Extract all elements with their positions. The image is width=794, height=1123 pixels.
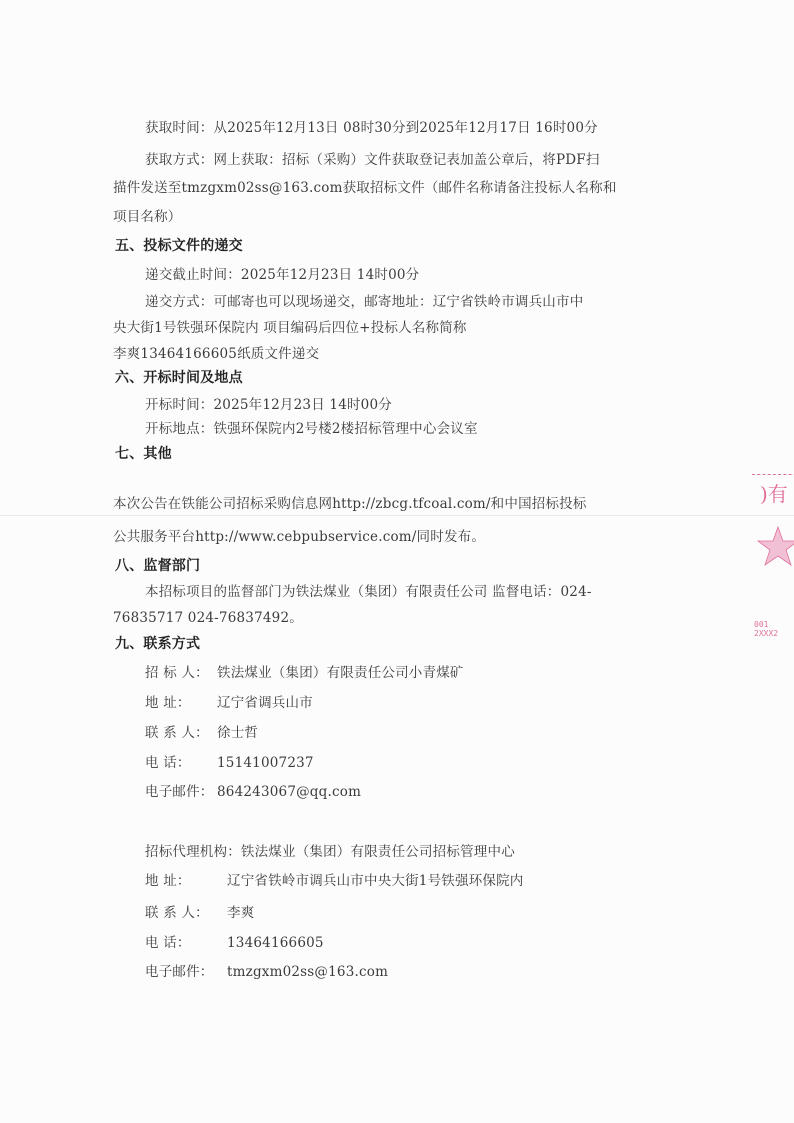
tenderer-address-label: 地 址： (145, 691, 217, 711)
agency-email-row: 电子邮件：tmzgxm02ss@163.com (145, 960, 388, 980)
submission-method-line2: 央大街1号铁强环保院内 项目编码后四位+投标人名称简称 (113, 316, 467, 336)
submission-deadline: 递交截止时间：2025年12月23日 14时00分 (145, 263, 419, 283)
agency-contact: 李爽 (227, 905, 254, 921)
agency-contact-row: 联 系 人：李爽 (145, 901, 254, 921)
agency-address-label: 地 址： (145, 869, 227, 889)
acquisition-time: 获取时间：从2025年12月13日 08时30分到2025年12月17日 16时… (145, 116, 598, 136)
agency-name: 铁法煤业（集团）有限责任公司招标管理中心 (241, 844, 515, 860)
agency-contact-label: 联 系 人： (145, 901, 227, 921)
acquisition-method-line2: 描件发送至tmzgxm02ss@163.com获取招标文件（邮件名称请备注投标人… (113, 176, 617, 196)
tenderer-name-label: 招 标 人： (145, 661, 217, 681)
tenderer-contact-row: 联 系 人：徐士哲 (145, 721, 258, 741)
publication-line1: 本次公告在铁能公司招标采购信息网http://zbcg.tfcoal.com/和… (113, 492, 587, 512)
agency-address-row: 地 址：辽宁省铁岭市调兵山市中央大街1号铁强环保院内 (145, 869, 524, 889)
agency-email-label: 电子邮件： (145, 960, 227, 980)
tenderer-phone: 15141007237 (217, 755, 314, 771)
tenderer-contact-label: 联 系 人： (145, 721, 217, 741)
submission-method-line3: 李爽13464166605纸质文件递交 (113, 342, 319, 362)
agency-name-label: 招标代理机构： (145, 844, 241, 860)
stamp-text: )有 (760, 478, 788, 507)
tenderer-phone-label: 电 话： (145, 751, 217, 771)
company-seal-stamp: )有 001 2XXX2 (752, 470, 794, 640)
stamp-code: 001 2XXX2 (754, 620, 778, 638)
stamp-star-icon (756, 525, 794, 569)
tenderer-name: 铁法煤业（集团）有限责任公司小青煤矿 (217, 665, 464, 681)
agency-phone-label: 电 话： (145, 931, 227, 951)
stamp-border (752, 474, 794, 475)
agency-phone: 13464166605 (227, 935, 324, 951)
supervision-line1: 本招标项目的监督部门为铁法煤业（集团）有限责任公司 监督电话：024- (145, 580, 592, 600)
publication-line2: 公共服务平台http://www.cebpubservice.com/同时发布。 (113, 525, 485, 545)
agency-address: 辽宁省铁岭市调兵山市中央大街1号铁强环保院内 (227, 873, 524, 889)
submission-method-line1: 递交方式：可邮寄也可以现场递交，邮寄地址：辽宁省铁岭市调兵山市中 (145, 290, 583, 310)
tenderer-address: 辽宁省调兵山市 (217, 695, 313, 711)
section-seven-heading: 七、其他 (115, 443, 172, 463)
tenderer-contact: 徐士哲 (217, 725, 258, 741)
tenderer-email-label: 电子邮件： (145, 780, 217, 800)
opening-place: 开标地点：铁强环保院内2号楼2楼招标管理中心会议室 (145, 417, 478, 437)
tenderer-email: 864243067@qq.com (217, 784, 361, 800)
agency-name-row: 招标代理机构：铁法煤业（集团）有限责任公司招标管理中心 (145, 840, 515, 860)
scan-artifact-line (0, 515, 794, 516)
agency-phone-row: 电 话：13464166605 (145, 931, 324, 951)
section-six-heading: 六、开标时间及地点 (115, 367, 243, 387)
tenderer-address-row: 地 址：辽宁省调兵山市 (145, 691, 313, 711)
section-five-heading: 五、投标文件的递交 (115, 235, 243, 255)
opening-time: 开标时间：2025年12月23日 14时00分 (145, 393, 392, 413)
agency-email: tmzgxm02ss@163.com (227, 964, 388, 980)
supervision-line2: 76835717 024-76837492。 (113, 606, 303, 626)
tenderer-phone-row: 电 话：15141007237 (145, 751, 314, 771)
document-page: 获取时间：从2025年12月13日 08时30分到2025年12月17日 16时… (0, 0, 794, 1123)
section-nine-heading: 九、联系方式 (115, 633, 200, 653)
tenderer-name-row: 招 标 人：铁法煤业（集团）有限责任公司小青煤矿 (145, 661, 464, 681)
acquisition-method-line1: 获取方式：网上获取：招标（采购）文件获取登记表加盖公章后，将PDF扫 (145, 148, 600, 168)
acquisition-method-line3: 项目名称） (113, 205, 182, 225)
tenderer-email-row: 电子邮件：864243067@qq.com (145, 780, 361, 800)
section-eight-heading: 八、监督部门 (115, 555, 200, 575)
